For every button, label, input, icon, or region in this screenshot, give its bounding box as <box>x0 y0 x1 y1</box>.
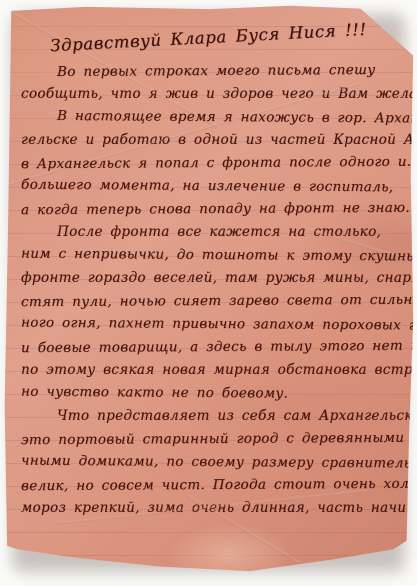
letter-line: После фронта все кажется на столько, <box>21 221 402 244</box>
letter-line: ного огня, пахнет привычно запахом порох… <box>21 312 402 338</box>
letter-line: это портовый старинный город с деревянны… <box>21 427 402 452</box>
letter-line: ним с непривычки, до тошноты к этому ску… <box>21 243 402 269</box>
letter-line: стят пули, ночью сияет зарево света от с… <box>21 289 402 314</box>
letter-line: мороз крепкий, зима очень длинная, часть… <box>21 497 402 520</box>
scan-background: Здравствуй Клара Буся Нися !!! Во первых… <box>0 0 417 586</box>
letter-line: и боевые товарищи, а здесь в тылу этого … <box>21 335 402 360</box>
letter-line: большего момента, на излечение в госпита… <box>21 174 402 200</box>
letter-line: но чувство както не по боевому. <box>21 381 402 407</box>
letter-line: а когда теперь снова попаду на фронт не … <box>21 197 402 222</box>
letter-greeting: Здравствуй Клара Буся Нися !!! <box>50 20 367 56</box>
letter-body: Во первых строках моего письма спешусооб… <box>3 60 414 520</box>
letter-line: в Архангельск я попал с фронта после одн… <box>21 151 402 176</box>
letter-line: Во первых строках моего письма спешу <box>21 59 402 84</box>
letter-line: гельске и работаю в одной из частей Крас… <box>21 129 402 152</box>
letter-line: В настоящее время я нахожусь в гор. Арха… <box>21 105 402 131</box>
letter-line: чными домиками, по своему размеру сравни… <box>21 450 402 476</box>
letter-line: Что представляет из себя сам Архангельск… <box>21 405 402 428</box>
letter-line: по этому всякая новая мирная обстановка … <box>21 359 402 382</box>
letter-paper: Здравствуй Клара Буся Нися !!! Во первых… <box>3 4 414 578</box>
letter-line: сообщить, что я жив и здоров чего и Вам … <box>21 83 402 106</box>
letter-line: фронте гораздо веселей, там ружья мины, … <box>21 267 402 290</box>
letter-line: велик, но совсем чист. Погода стоит очен… <box>21 473 402 498</box>
